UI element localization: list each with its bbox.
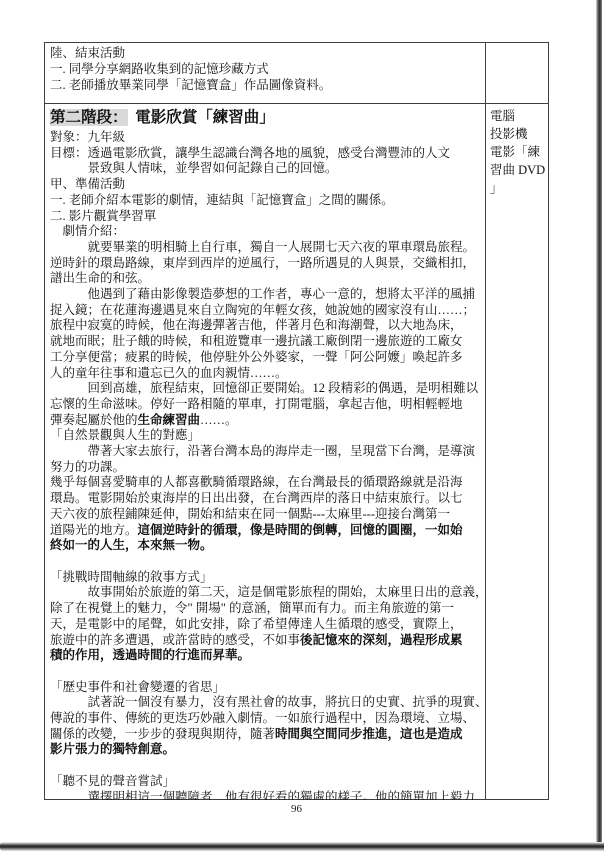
text-line: 譜出生命的和弦。 bbox=[50, 271, 483, 287]
text-line: 天六夜的旅程鋪陳延伸，開始和結束在同一個點---太麻里---迎接台灣第一 bbox=[50, 507, 483, 523]
text-line: 選擇明相這一個聽障者，他有很好看的獨處的樣子。他的簡單加上毅力， bbox=[50, 790, 483, 800]
text-line: 「歷史事件和社會變遷的省思」 bbox=[50, 680, 483, 696]
text-line: 就要畢業的明相騎上自行車，獨自一人展開七天六夜的單車環島旅程。 bbox=[50, 240, 483, 256]
text-line: 「聽不見的聲音嘗試」 bbox=[50, 774, 483, 790]
resources-cell-empty bbox=[485, 43, 548, 103]
text-line: 二. 老師播放畢業同學「記憶寶盒」作品圖像資料。 bbox=[50, 77, 483, 93]
text-line: 二. 影片觀賞學習單 bbox=[50, 209, 483, 225]
text-line bbox=[50, 758, 483, 774]
text-line: 工分享便當；疲累的時候，他停駐外公外婆家，一聲「阿公阿嬤」喚起許多 bbox=[50, 350, 483, 366]
text-line: 關係的改變，一步步的發現與期待，隨著時間與空間同步推進，這也是造成 bbox=[50, 727, 483, 743]
text-line: 他遇到了藉由影像製造夢想的工作者，專心一意的，想將太平洋的風捕 bbox=[50, 287, 483, 303]
closing-activities-cell: 陸、結束活動一. 同學分享網路收集到的記憶珍藏方式二. 老師播放畢業同學「記憶寶… bbox=[45, 43, 485, 103]
text-line: 故事開始於旅遊的第二天，這是個電影旅程的開始，太麻里日出的意義， bbox=[50, 585, 483, 601]
text-line bbox=[50, 554, 483, 570]
text-line: 目標：透過電影欣賞，讓學生認識台灣各地的風貌，感受台灣豐沛的人文 bbox=[50, 146, 483, 162]
text-line: 帶著大家去旅行，沿著台灣本島的海岸走一圈，呈現當下台灣，是導演 bbox=[50, 444, 483, 460]
text-line: 環島。電影開始於東海岸的日出出發，在台灣西岸的落日中結束旅行。以七 bbox=[50, 491, 483, 507]
text-line: 旅程中寂寞的時候，他在海邊彈著吉他，伴著月色和海潮聲，以大地為床， bbox=[50, 318, 483, 334]
text-line bbox=[50, 664, 483, 680]
text-line: 景致與人情味，並學習如何記錄自己的回憶。 bbox=[50, 161, 483, 177]
text-line: 旅遊中的許多遭遇，或許當時的感受，不如事後記憶來的深刻，過程形成累 bbox=[50, 633, 483, 649]
text-line: 就地而眠；肚子餓的時候，和租遊覽車一邊抗議工廠倒閉一邊旅遊的工廠女 bbox=[50, 334, 483, 350]
text-line: 甲、準備活動 bbox=[50, 177, 483, 193]
text-line: 道陽光的地方。這個逆時針的循環，像是時間的倒轉，回憶的圓圈，一如始 bbox=[50, 523, 483, 539]
text-line: 忘懷的生命滋味。停好一路相隨的單車，打開電腦，拿起吉他，明相輕輕地 bbox=[50, 397, 483, 413]
text-line: 傳說的事件、傳統的更迭巧妙融入劇情。一如旅行過程中，因為環境、立場、 bbox=[50, 711, 483, 727]
stage2-title: 電影欣賞「練習曲」 bbox=[128, 109, 275, 126]
text-line: 積的作用，透過時間的行進而昇華。 bbox=[50, 648, 483, 664]
text-line: 投影機 bbox=[490, 125, 546, 143]
lesson-plan-table: 陸、結束活動一. 同學分享網路收集到的記憶珍藏方式二. 老師播放畢業同學「記憶寶… bbox=[44, 42, 549, 800]
text-line: 「挑戰時間軸線的敘事方式」 bbox=[50, 570, 483, 586]
stage2-content-cell: 第二階段： 電影欣賞「練習曲」 對象：九年級目標：透過電影欣賞，讓學生認識台灣各… bbox=[45, 104, 485, 800]
text-line: 除了在視覺上的魅力，令" 開場" 的意涵，簡單而有力。而主角旅遊的第一 bbox=[50, 601, 483, 617]
text-line: 影片張力的獨特創意。 bbox=[50, 742, 483, 758]
stage2-resources-cell: 電腦投影機電影「練習曲 DVD」 bbox=[485, 104, 548, 800]
text-line: 回到高雄，旅程結束，回憶卻正要開始。12 段精彩的偶遇，是明相難以 bbox=[50, 381, 483, 397]
text-line: 電腦 bbox=[490, 107, 546, 125]
stage2-body-lines: 對象：九年級目標：透過電影欣賞，讓學生認識台灣各地的風貌，感受台灣豐沛的人文 景… bbox=[50, 130, 483, 800]
scan-edge-vertical bbox=[596, 0, 602, 846]
text-line: 一. 同學分享網路收集到的記憶珍藏方式 bbox=[50, 61, 483, 77]
scan-edge-bottom bbox=[0, 842, 604, 851]
stage2-row: 第二階段： 電影欣賞「練習曲」 對象：九年級目標：透過電影欣賞，讓學生認識台灣各… bbox=[45, 104, 548, 800]
text-line: 捉入鏡；在花蓮海邊遇見來自立陶宛的年輕女孩，她說她的國家沒有山……； bbox=[50, 303, 483, 319]
text-line: 電影「練 bbox=[490, 143, 546, 161]
stage2-label: 第二階段： bbox=[50, 109, 128, 126]
page-number: 96 bbox=[44, 803, 549, 815]
closing-activities-row: 陸、結束活動一. 同學分享網路收集到的記憶珍藏方式二. 老師播放畢業同學「記憶寶… bbox=[45, 43, 548, 104]
text-line: 習曲 DVD bbox=[490, 161, 546, 179]
text-line: 逆時針的環島路線，東岸到西岸的逆風行，一路所遇見的人與景，交織相扣， bbox=[50, 256, 483, 272]
text-line: 一. 老師介紹本電影的劇情，連結與「記憶寶盒」之間的關係。 bbox=[50, 193, 483, 209]
text-line: 努力的功課。 bbox=[50, 460, 483, 476]
stage2-heading: 第二階段： 電影欣賞「練習曲」 bbox=[50, 107, 483, 128]
text-line: 彈奏起屬於他的生命練習曲……。 bbox=[50, 413, 483, 429]
text-line: 人的童年往事和遺忘已久的血肉親情……。 bbox=[50, 366, 483, 382]
text-line: 「自然景觀與人生的對應」 bbox=[50, 428, 483, 444]
text-line: 對象：九年級 bbox=[50, 130, 483, 146]
text-line: 試著說一個沒有暴力，沒有黑社會的故事，將抗日的史實、抗爭的現實、 bbox=[50, 695, 483, 711]
text-line: 天，是電影中的尾聲，如此安排，除了希望傳達人生循環的感受，實際上， bbox=[50, 617, 483, 633]
text-line: 陸、結束活動 bbox=[50, 45, 483, 61]
text-line: 終如一的人生，本來無一物。 bbox=[50, 538, 483, 554]
text-line: 劇情介紹： bbox=[50, 224, 483, 240]
text-line: 」 bbox=[490, 179, 546, 197]
text-line: 幾乎每個喜愛騎車的人都喜歡騎循環路線，在台灣最長的循環路線就是沿海 bbox=[50, 475, 483, 491]
